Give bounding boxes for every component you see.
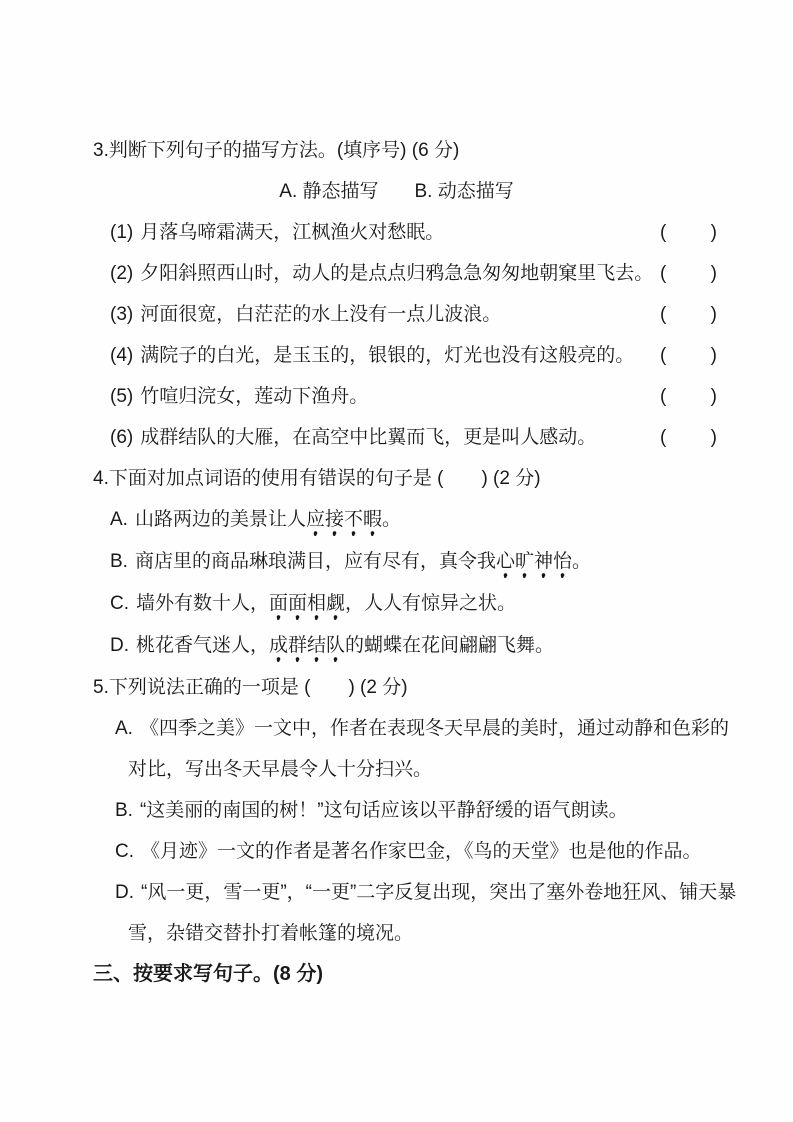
option-text: 商店里的商品琳琅满目，应有尽有，真令我 bbox=[135, 551, 496, 572]
option-text: 《月迹》一文的作者是著名作家巴金，《鸟的天堂》也是他的作品。 bbox=[141, 841, 702, 862]
item-text: 满院子的白光，是玉玉的，银银的，灯光也没有这般亮的。 bbox=[140, 345, 634, 366]
emphasized-word: 成群结队 bbox=[269, 635, 345, 662]
option-text: “风一更，雪一更”，“一更”二字反复出现，突出了塞外卷地狂风、铺天暴 bbox=[141, 882, 736, 903]
q5-option-a: A.《四季之美》一文中，作者在表现冬天早晨的美时，通过动静和色彩的 bbox=[115, 708, 793, 749]
item-text: 竹喧归浣女，莲动下渔舟。 bbox=[140, 386, 368, 407]
emphasized-word: 应接不暇 bbox=[306, 509, 382, 536]
q5-option-c: C.《月迹》一文的作者是著名作家巴金，《鸟的天堂》也是他的作品。 bbox=[115, 831, 793, 872]
choice-dynamic: B. 动态描写 bbox=[415, 171, 514, 212]
option-text: 桃花香气迷人， bbox=[136, 635, 269, 656]
answer-blank: () bbox=[660, 253, 717, 294]
question-3-title: 3.判断下列句子的描写方法。(填序号) (6 分) bbox=[93, 130, 793, 171]
option-label: C. bbox=[110, 593, 129, 614]
q3-item-2: (2)夕阳斜照西山时，动人的是点点归鸦急急匆匆地朝窠里飞去。 () bbox=[110, 253, 717, 294]
option-label: A. bbox=[110, 509, 128, 530]
item-text: 河面很宽，白茫茫的水上没有一点儿波浪。 bbox=[140, 304, 501, 325]
q4-option-a: A.山路两边的美景让人应接不暇。 bbox=[110, 499, 793, 541]
emphasized-word: 心旷神怡 bbox=[496, 551, 572, 578]
item-number: (2) bbox=[110, 263, 133, 284]
q4-option-b: B.商店里的商品琳琅满目，应有尽有，真令我心旷神怡。 bbox=[110, 541, 793, 583]
item-number: (5) bbox=[110, 386, 133, 407]
option-label: C. bbox=[115, 841, 134, 862]
item-text: 月落乌啼霜满天，江枫渔火对愁眠。 bbox=[140, 222, 444, 243]
q4-option-c: C.墙外有数十人，面面相觑，人人有惊异之状。 bbox=[110, 583, 793, 625]
section-3-title: 三、按要求写句子。(8 分) bbox=[93, 954, 793, 995]
exam-page: 3.判断下列句子的描写方法。(填序号) (6 分) A. 静态描写 B. 动态描… bbox=[0, 0, 793, 1122]
option-text: ，人人有惊异之状。 bbox=[345, 593, 516, 614]
question-3-choices: A. 静态描写 B. 动态描写 bbox=[0, 171, 793, 212]
q3-item-5: (5)竹喧归浣女，莲动下渔舟。 () bbox=[110, 376, 717, 417]
option-text: 山路两边的美景让人 bbox=[135, 509, 306, 530]
q4-option-d: D.桃花香气迷人，成群结队的蝴蝶在花间翩翩飞舞。 bbox=[110, 625, 793, 667]
option-label: B. bbox=[110, 551, 128, 572]
item-number: (3) bbox=[110, 304, 133, 325]
item-number: (1) bbox=[110, 222, 133, 243]
q3-item-3: (3)河面很宽，白茫茫的水上没有一点儿波浪。 () bbox=[110, 294, 717, 335]
item-text: 夕阳斜照西山时，动人的是点点归鸦急急匆匆地朝窠里飞去。 bbox=[140, 263, 653, 284]
option-text: 。 bbox=[382, 509, 401, 530]
answer-blank: () bbox=[660, 417, 717, 458]
item-text: 成群结队的大雁，在高空中比翼而飞，更是叫人感动。 bbox=[140, 427, 596, 448]
answer-blank: () bbox=[660, 335, 717, 376]
q5-option-d-continued: 雪，杂错交替扑打着帐篷的境况。 bbox=[128, 913, 793, 954]
option-text: 《四季之美》一文中，作者在表现冬天早晨的美时，通过动静和色彩的 bbox=[140, 718, 729, 739]
option-label: D. bbox=[110, 635, 129, 656]
option-text: 墙外有数十人， bbox=[136, 593, 269, 614]
option-label: D. bbox=[115, 882, 134, 903]
q3-item-6: (6)成群结队的大雁，在高空中比翼而飞，更是叫人感动。 () bbox=[110, 417, 717, 458]
answer-blank: () bbox=[660, 294, 717, 335]
option-text: “这美丽的南国的树！”这句话应该以平静舒缓的语气朗读。 bbox=[140, 800, 628, 821]
q5-option-d: D.“风一更，雪一更”，“一更”二字反复出现，突出了塞外卷地狂风、铺天暴 bbox=[115, 872, 793, 913]
answer-blank: () bbox=[660, 376, 717, 417]
option-label: B. bbox=[115, 800, 133, 821]
option-label: A. bbox=[115, 718, 133, 739]
option-text: 。 bbox=[572, 551, 591, 572]
option-text: 的蝴蝶在花间翩翩飞舞。 bbox=[345, 635, 554, 656]
item-number: (4) bbox=[110, 345, 133, 366]
emphasized-word: 面面相觑 bbox=[269, 593, 345, 620]
choice-static: A. 静态描写 bbox=[279, 171, 378, 212]
q3-item-1: (1)月落乌啼霜满天，江枫渔火对愁眠。 () bbox=[110, 212, 717, 253]
q5-option-a-continued: 对比，写出冬天早晨令人十分扫兴。 bbox=[128, 749, 793, 790]
question-4-title: 4.下面对加点词语的使用有错误的句子是 ( ) (2 分) bbox=[93, 458, 793, 499]
question-5-title: 5.下列说法正确的一项是 ( ) (2 分) bbox=[93, 667, 793, 708]
answer-blank: () bbox=[660, 212, 717, 253]
q5-option-b: B.“这美丽的南国的树！”这句话应该以平静舒缓的语气朗读。 bbox=[115, 790, 793, 831]
q3-item-4: (4)满院子的白光，是玉玉的，银银的，灯光也没有这般亮的。 () bbox=[110, 335, 717, 376]
item-number: (6) bbox=[110, 427, 133, 448]
